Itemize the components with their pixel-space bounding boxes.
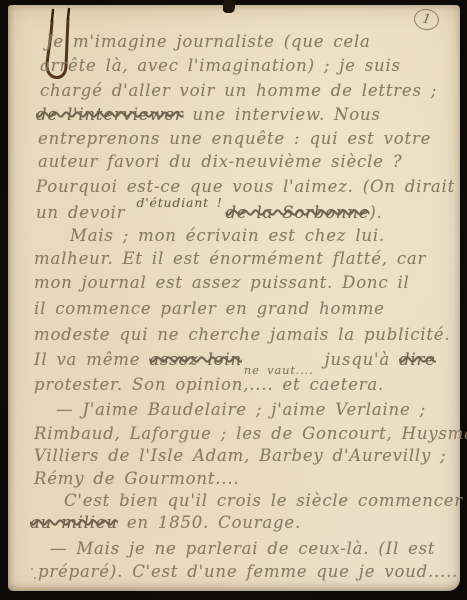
handwritten-line: il commence parler en grand homme [34, 299, 385, 319]
handwritten-line: — Mais je ne parlerai de ceux-là. (Il es… [50, 539, 435, 559]
struck-through-text: au milieu [30, 513, 118, 532]
handwritten-text: une interview. Nous [184, 105, 381, 124]
struck-through-text: de la Sorbonne [226, 203, 370, 222]
handwritten-text: il commence parler en grand homme [34, 299, 385, 318]
handwritten-line: chargé d'aller voir un homme de lettres … [40, 81, 437, 101]
handwritten-line: un devoir d'étudiant !de la Sorbonne). [36, 203, 383, 224]
handwritten-text: préparé). C'est d'une femme que je voud.… [38, 562, 458, 581]
handwritten-text: C'est bien qu'il crois le siècle commenc… [64, 491, 463, 510]
handwritten-text: Villiers de l'Isle Adam, Barbey d'Aurevi… [34, 446, 447, 465]
handwritten-line: Mais ; mon écrivain est chez lui. [70, 226, 385, 246]
handwritten-line: arrête là, avec l'imagination) ; je suis [40, 56, 401, 76]
handwritten-line: Villiers de l'Isle Adam, Barbey d'Aurevi… [34, 446, 447, 466]
handwritten-text: Il va même [34, 350, 149, 369]
handwriting-area: Je m'imagine journaliste (que celaarrête… [0, 0, 467, 600]
handwritten-line: C'est bien qu'il crois le siècle commenc… [64, 491, 463, 511]
handwritten-line: protester. Son opinion,.... et caetera. [34, 375, 384, 395]
interline-insertion-above: d'étudiant ! [137, 193, 223, 213]
handwritten-text: arrête là, avec l'imagination) ; je suis [40, 56, 401, 75]
handwritten-text: protester. Son opinion,.... et caetera. [34, 375, 384, 394]
photo-background: 1 Je m'imagine journaliste (que celaarrê… [0, 0, 467, 600]
handwritten-line: auteur favori du dix-neuvième siècle ? [38, 152, 402, 172]
handwritten-line: Je m'imagine journaliste (que cela [46, 32, 371, 52]
handwritten-line: Il va même assez loinne vaut.... jusqu'à… [34, 350, 436, 371]
struck-through-text: dire [399, 350, 436, 369]
struck-through-text: assez loin [149, 350, 242, 369]
handwritten-text: malheur. Et il est énormément flatté, ca… [34, 249, 426, 268]
handwritten-text: — Mais je ne parlerai de ceux-là. (Il es… [50, 539, 435, 558]
handwritten-line: de l'interviewer une interview. Nous [36, 105, 381, 125]
handwritten-line: entreprenons une enquête : qui est votre [38, 129, 431, 149]
handwritten-text: jusqu'à [316, 350, 399, 369]
paper-speck [34, 577, 36, 579]
handwritten-line: — J'aime Baudelaire ; j'aime Verlaine ; [56, 400, 426, 420]
handwritten-text: chargé d'aller voir un homme de lettres … [40, 81, 437, 100]
handwritten-text: Je m'imagine journaliste (que cela [46, 32, 371, 51]
handwritten-text: entreprenons une enquête : qui est votre [38, 129, 431, 148]
handwritten-text: auteur favori du dix-neuvième siècle ? [38, 152, 402, 171]
handwritten-line: au milieu en 1850. Courage. [30, 513, 301, 533]
handwritten-line: préparé). C'est d'une femme que je voud.… [38, 562, 458, 582]
handwritten-line: Pourquoi est-ce que vous l'aimez. (On di… [36, 177, 455, 197]
handwritten-line: Rimbaud, Laforgue ; les de Goncourt, Huy… [34, 424, 467, 444]
handwritten-line: malheur. Et il est énormément flatté, ca… [34, 249, 426, 269]
handwritten-text: ). [369, 203, 382, 222]
handwritten-line: mon journal est assez puissant. Donc il [34, 273, 410, 293]
handwritten-text: modeste qui ne cherche jamais la publici… [34, 325, 450, 344]
paper-speck [31, 568, 33, 570]
handwritten-text: — J'aime Baudelaire ; j'aime Verlaine ; [56, 400, 426, 419]
handwritten-text: mon journal est assez puissant. Donc il [34, 273, 410, 292]
handwritten-text: Mais ; mon écrivain est chez lui. [70, 226, 385, 245]
handwritten-text: en 1850. Courage. [118, 513, 301, 532]
handwritten-line: Rémy de Gourmont.... [34, 469, 239, 489]
handwritten-text: Rimbaud, Laforgue ; les de Goncourt, Huy… [34, 424, 467, 443]
struck-through-text: de l'interviewer [36, 105, 184, 124]
handwritten-text: Pourquoi est-ce que vous l'aimez. (On di… [36, 177, 455, 196]
handwritten-text: Rémy de Gourmont.... [34, 469, 239, 488]
handwritten-line: modeste qui ne cherche jamais la publici… [34, 325, 450, 345]
handwritten-text: un devoir [36, 203, 135, 222]
